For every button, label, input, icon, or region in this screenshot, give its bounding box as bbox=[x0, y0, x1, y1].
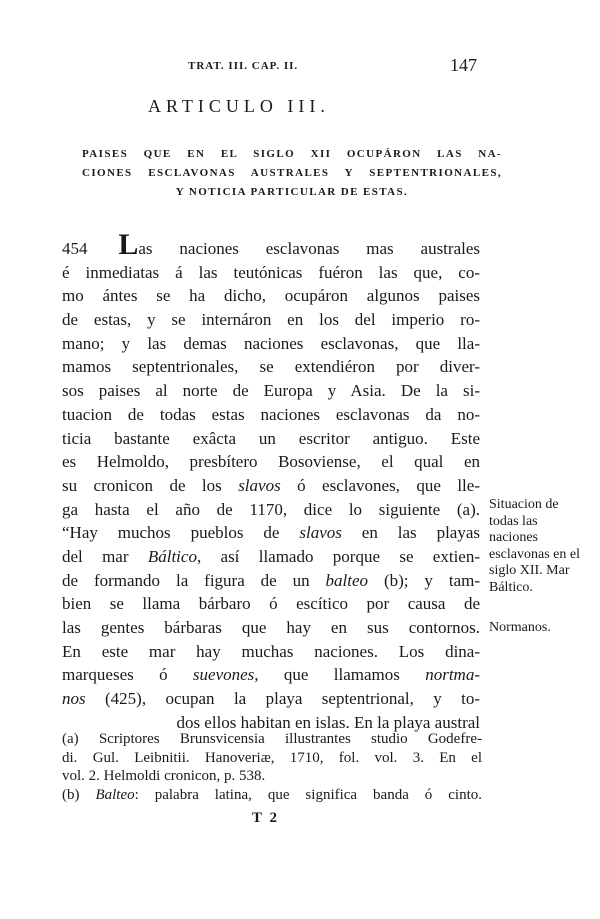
body-line: marqueses ó suevones, que llamamos nortm… bbox=[62, 663, 480, 687]
body-line: de estas, y se internáron en los del imp… bbox=[62, 308, 480, 332]
body-line: es Helmoldo, presbítero Bosoviense, el q… bbox=[62, 450, 480, 474]
footnote-b: (b) Balteo: palabra latina, que signific… bbox=[62, 786, 482, 805]
body-line: 454 Las naciones esclavonas mas australe… bbox=[62, 237, 480, 261]
body-line: ticia bastante exâcta un escritor antigu… bbox=[62, 427, 480, 451]
running-head: TRAT. III. CAP. II. bbox=[188, 60, 298, 72]
margin-note-situacion: Situacion de todas las naciones esclavon… bbox=[489, 497, 589, 596]
signature-mark: T 2 bbox=[252, 810, 279, 827]
body-line: En este mar hay muchas naciones. Los din… bbox=[62, 640, 480, 664]
body-line: “Hay muchos pueblos de slavos en las pla… bbox=[62, 521, 480, 545]
footnote-b-text: : palabra latina, que significa banda ó … bbox=[135, 787, 482, 803]
marginalia: Situacion de todas las naciones esclavon… bbox=[489, 497, 589, 661]
footnote-a-line: (a) Scriptores Brunsvicensia illustrante… bbox=[62, 730, 482, 749]
heading-line: Y NOTICIA PARTICULAR DE ESTAS. bbox=[82, 183, 502, 202]
footnote-a-line: di. Gul. Leibnitii. Hanoveriæ, 1710, fol… bbox=[62, 749, 482, 768]
body-line: tuacion de todas estas naciones esclavon… bbox=[62, 403, 480, 427]
body-line: las gentes bárbaras que hay en sus conto… bbox=[62, 616, 480, 640]
article-title: ARTICULO III. bbox=[148, 96, 330, 117]
page-number: 147 bbox=[450, 55, 477, 76]
body-line: de formando la figura de un balteo (b); … bbox=[62, 569, 480, 593]
heading-line: PAISES QUE EN EL SIGLO XII OCUPÁRON LAS … bbox=[82, 145, 502, 164]
body-line: sos paises al norte de Europa y Asia. De… bbox=[62, 379, 480, 403]
body-line: ga hasta el año de 1170, dice lo siguien… bbox=[62, 498, 480, 522]
body-line: bien se llama bárbaro ó escítico por cau… bbox=[62, 592, 480, 616]
footnotes: (a) Scriptores Brunsvicensia illustrante… bbox=[62, 730, 482, 804]
footnote-a-line: vol. 2. Helmoldi cronicon, p. 538. bbox=[62, 767, 482, 786]
drop-cap: L bbox=[118, 228, 138, 261]
book-page: TRAT. III. CAP. II. 147 ARTICULO III. PA… bbox=[0, 0, 600, 919]
body-line: su cronicon de los slavos ó esclavones, … bbox=[62, 474, 480, 498]
paragraph-number: 454 bbox=[62, 239, 114, 258]
body-text: 454 Las naciones esclavonas mas australe… bbox=[62, 237, 480, 734]
body-line: é inmediatas á las teutónicas fuéron las… bbox=[62, 261, 480, 285]
body-line: mo ántes se ha dicho, ocupáron algunos p… bbox=[62, 284, 480, 308]
body-line: del mar Báltico, así llamado porque se e… bbox=[62, 545, 480, 569]
margin-note-normanos: Normanos. bbox=[489, 620, 589, 637]
footnote-b-label: (b) bbox=[62, 787, 80, 803]
article-heading: PAISES QUE EN EL SIGLO XII OCUPÁRON LAS … bbox=[82, 145, 502, 202]
heading-line: CIONES ESCLAVONAS AUSTRALES Y SEPTENTRIO… bbox=[82, 164, 502, 183]
footnote-b-term: Balteo bbox=[95, 787, 134, 803]
body-line: mamos septentrionales, se extendiéron po… bbox=[62, 355, 480, 379]
body-line: nos (425), ocupan la playa septentrional… bbox=[62, 687, 480, 711]
body-line: mano; y las demas naciones esclavonas, q… bbox=[62, 332, 480, 356]
